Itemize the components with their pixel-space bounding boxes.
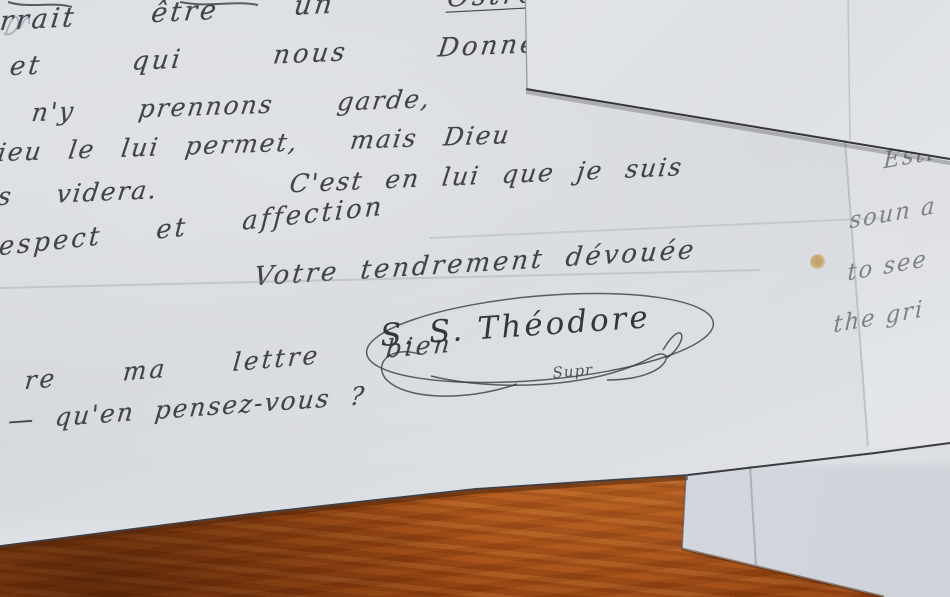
flourish-under-swirl xyxy=(431,354,666,385)
flourish-tail xyxy=(663,333,682,358)
foxing-stain-spot xyxy=(810,254,826,270)
letter-line-2: et qui nous Donnera xyxy=(8,27,574,82)
letter-line-3: n'y prennons garde, xyxy=(30,84,433,127)
signature-paraph: Supr xyxy=(552,361,594,382)
photo-of-handwritten-letters: rrait être un Ostrogot et qui nous Donne… xyxy=(0,0,950,597)
letter-line-4: ieu le lui permet, mais Dieu xyxy=(0,120,513,167)
letter-closing-line: Votre tendrement dévouée xyxy=(253,235,699,292)
letter-line-1-prefix: rrait être un xyxy=(0,0,449,37)
